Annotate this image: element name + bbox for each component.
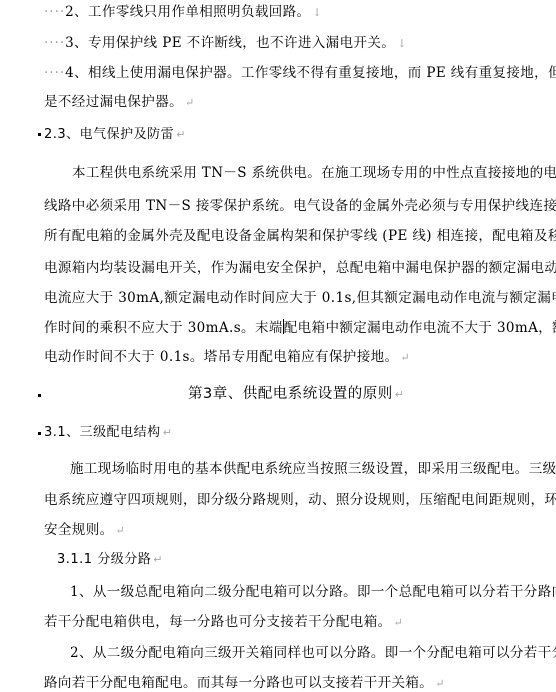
heading-bullet-icon [38, 432, 41, 435]
paragraph-text: 作时间的乘积不应大于 30mA.s。末端 [44, 320, 283, 336]
paragraph-mark-icon: ↵ [176, 128, 186, 141]
paragraph-mark-icon: ↵ [185, 96, 195, 109]
list-item-3-1-1-2: 2、从二级分配电箱向三级开关箱同样也可以分路。即一个分配电箱可以分若干分 [70, 644, 556, 662]
heading-bullet-icon [38, 394, 41, 397]
paragraph-text: 路向若干分配电箱配电。而其每一分路也可以支接若干开关箱。 [44, 675, 433, 691]
paragraph-mark-icon: ↵ [116, 524, 126, 537]
heading-text: 2.3、电气保护及防雷 [44, 127, 174, 142]
list-item-4-continued: 是不经过漏电保护器。↵ [44, 93, 195, 112]
line-break-mark-icon: ↓ [397, 37, 407, 50]
paragraph-line: 线路中必须采用 TN－S 接零保护系统。电气设备的金属外壳必须与专用保护线连接。 [44, 197, 556, 215]
paragraph-mark-icon: ↵ [153, 553, 163, 566]
paragraph-text: 安全规则。 [44, 522, 114, 538]
list-item-text: 是不经过漏电保护器。 [44, 94, 183, 110]
paragraph-line: 安全规则。↵ [44, 521, 125, 540]
paragraph-line-with-caret: 作时间的乘积不应大于 30mA.s。末端配电箱中额定漏电动作电流不大于 30mA… [44, 319, 556, 337]
paragraph-line: 本工程供电系统采用 TN－S 系统供电。在施工现场专用的中性点直接接地的电力 [72, 164, 556, 182]
paragraph-mark-icon: ↵ [163, 426, 173, 439]
list-item-3-1-1-1: 1、从一级总配电箱向二级分配电箱可以分路。即一个总配电箱可以分若干分路向 [70, 583, 556, 601]
chapter-title: 第3章、供配电系统设置的原则 [188, 386, 393, 402]
paragraph-text: 若干分配电箱供电，每一分路也可分支接若干分配电箱。 [44, 614, 392, 630]
heading-text: 3.1、三级配电结构 [44, 425, 161, 440]
paragraph-line: 施工现场临时用电的基本供配电系统应当按照三级设置，即采用三级配电。三级配 [70, 460, 556, 478]
list-item-4: ····4、相线上使用漏电保护器。工作零线不得有重复接地，而 PE 线有重复接地… [44, 64, 556, 82]
paragraph-line: 电系统应遵守四项规则，即分级分路规则，动、照分设规则，压缩配电间距规则，环境 [44, 491, 556, 509]
heading-text: 3.1.1 分级分路 [57, 552, 151, 567]
list-item-3-1-1-1-continued: 若干分配电箱供电，每一分路也可分支接若干分配电箱。↵ [44, 613, 403, 632]
indent-dots: ···· [44, 35, 65, 51]
paragraph-mark-icon: ↵ [435, 677, 445, 690]
line-break-mark-icon: ↓ [312, 6, 322, 19]
list-item-text: 3、专用保护线 PE 不许断线，也不许进入漏电开关。 [65, 35, 395, 51]
list-item-3: ····3、专用保护线 PE 不许断线，也不许进入漏电开关。↓ [44, 34, 407, 53]
list-item-3-1-1-2-continued: 路向若干分配电箱配电。而其每一分路也可以支接若干开关箱。↵ [44, 674, 445, 692]
section-heading-2-3: 2.3、电气保护及防雷↵ [44, 126, 186, 144]
indent-dots: ···· [44, 65, 65, 81]
heading-bullet-icon [38, 133, 41, 136]
indent-dots: ···· [44, 4, 65, 20]
list-item-text: 2、工作零线只用作单相照明负载回路。 [65, 4, 310, 20]
paragraph-line: 电动作时间不大于 0.1s。塔吊专用配电箱应有保护接地。↵ [44, 348, 410, 367]
paragraph-line: 所有配电箱的金属外壳及配电设备金属构架和保护零线 (PE 线) 相连接，配电箱及… [44, 227, 556, 245]
list-item-text: 4、相线上使用漏电保护器。工作零线不得有重复接地，而 PE 线有重复接地，但 [65, 65, 556, 81]
paragraph-text: 配电箱中额定漏电动作电流不大于 30mA，额定漏 [284, 320, 556, 336]
chapter-heading-3: 第3章、供配电系统设置的原则↵ [188, 384, 404, 405]
section-heading-3-1: 3.1、三级配电结构↵ [44, 424, 172, 442]
paragraph-line: 电源箱内均装设漏电开关，作为漏电安全保护，总配电箱中漏电保护器的额定漏电动作 [44, 259, 556, 277]
paragraph-mark-icon: ↵ [395, 388, 405, 401]
section-heading-3-1-1: 3.1.1 分级分路↵ [57, 551, 163, 569]
list-item-2: ····2、工作零线只用作单相照明负载回路。↓ [44, 3, 322, 22]
paragraph-text: 电动作时间不大于 0.1s。塔吊专用配电箱应有保护接地。 [44, 349, 398, 365]
paragraph-mark-icon: ↵ [394, 616, 404, 629]
paragraph-mark-icon: ↵ [400, 351, 410, 364]
document-page[interactable]: ····2、工作零线只用作单相照明负载回路。↓ ····3、专用保护线 PE 不… [0, 0, 556, 692]
paragraph-line: 电流应大于 30mA,额定漏电动作时间应大于 0.1s,但其额定漏电动作电流与额… [44, 289, 556, 307]
